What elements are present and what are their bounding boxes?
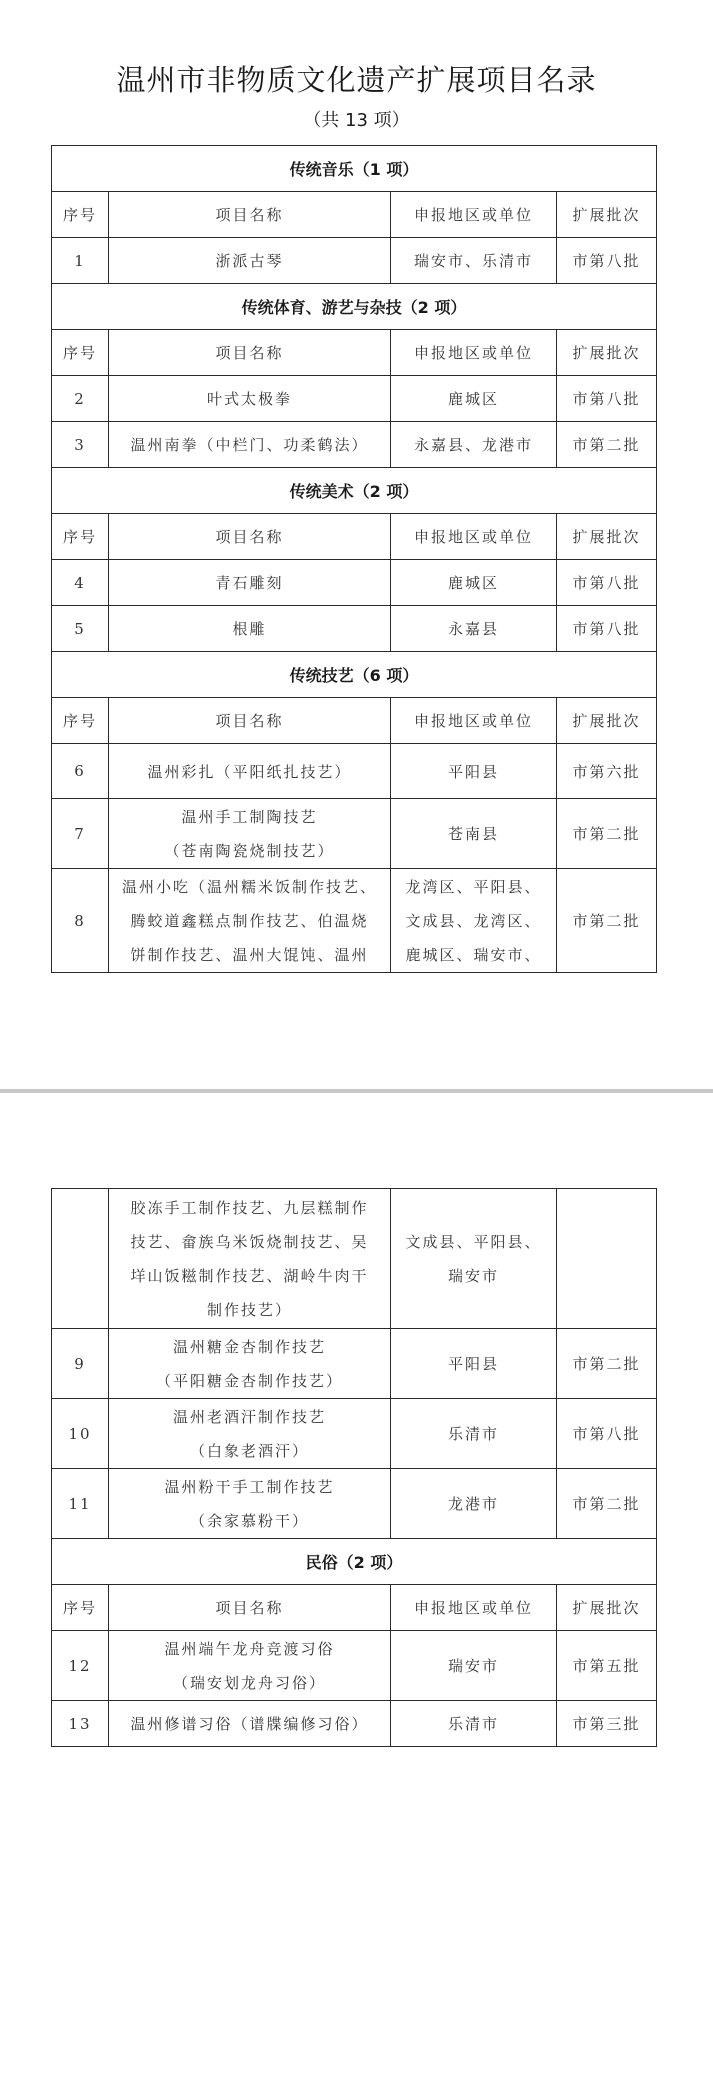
section-title: 传统音乐（1 项） — [52, 146, 657, 192]
row-index: 7 — [52, 799, 109, 869]
column-header-row: 序号 项目名称 申报地区或单位 扩展批次 — [52, 1585, 657, 1631]
column-header-region: 申报地区或单位 — [391, 330, 557, 376]
row-name: 温州修谱习俗（谱牒编修习俗） — [109, 1701, 391, 1747]
column-header-index: 序号 — [52, 698, 109, 744]
column-header-row: 序号 项目名称 申报地区或单位 扩展批次 — [52, 514, 657, 560]
row-name: 浙派古琴 — [109, 238, 391, 284]
row-name-line: 饼制作技艺、温州大馄饨、温州 — [109, 938, 390, 972]
row-region: 乐清市 — [391, 1701, 557, 1747]
document-subtitle: （共 13 项） — [0, 106, 713, 132]
row-index-empty — [52, 1189, 109, 1329]
row-region: 鹿城区 — [391, 560, 557, 606]
row-batch: 市第三批 — [557, 1701, 657, 1747]
row-region: 苍南县 — [391, 799, 557, 869]
column-header-row: 序号 项目名称 申报地区或单位 扩展批次 — [52, 698, 657, 744]
row-batch: 市第八批 — [557, 560, 657, 606]
section-header-craftsmanship: 传统技艺（6 项） — [52, 652, 657, 698]
row-index: 2 — [52, 376, 109, 422]
row-region-line: 鹿城区、瑞安市、 — [391, 938, 556, 972]
table-row: 13 温州修谱习俗（谱牒编修习俗） 乐清市 市第三批 — [52, 1701, 657, 1747]
column-header-index: 序号 — [52, 192, 109, 238]
row-name-line: （平阳糖金杏制作技艺） — [109, 1364, 390, 1398]
row-name-line: 制作技艺） — [109, 1293, 390, 1327]
row-region: 鹿城区 — [391, 376, 557, 422]
row-region: 龙港市 — [391, 1469, 557, 1539]
row-name-line: 垟山饭糍制作技艺、湖岭牛肉干 — [109, 1259, 390, 1293]
row-batch: 市第二批 — [557, 869, 657, 973]
row-name-line: 腾蛟道鑫糕点制作技艺、伯温烧 — [109, 904, 390, 938]
row-batch-empty — [557, 1189, 657, 1329]
row-batch: 市第二批 — [557, 422, 657, 468]
row-name: 青石雕刻 — [109, 560, 391, 606]
row-index: 9 — [52, 1329, 109, 1399]
table-row: 12 温州端午龙舟竞渡习俗 （瑞安划龙舟习俗） 瑞安市 市第五批 — [52, 1631, 657, 1701]
page-separator — [0, 1089, 713, 1093]
row-name: 温州老酒汗制作技艺 （白象老酒汗） — [109, 1399, 391, 1469]
section-title: 传统技艺（6 项） — [52, 652, 657, 698]
column-header-batch: 扩展批次 — [557, 330, 657, 376]
section-title: 传统体育、游艺与杂技（2 项） — [52, 284, 657, 330]
column-header-name: 项目名称 — [109, 192, 391, 238]
row-region: 文成县、平阳县、 瑞安市 — [391, 1189, 557, 1329]
section-title: 民俗（2 项） — [52, 1539, 657, 1585]
row-name-line: （瑞安划龙舟习俗） — [109, 1666, 390, 1700]
row-name: 温州小吃（温州糯米饭制作技艺、 腾蛟道鑫糕点制作技艺、伯温烧 饼制作技艺、温州大… — [109, 869, 391, 973]
table-row: 2 叶式太极拳 鹿城区 市第八批 — [52, 376, 657, 422]
row-region: 永嘉县 — [391, 606, 557, 652]
row-name-line: 胶冻手工制作技艺、九层糕制作 — [109, 1191, 390, 1225]
row-name-line: （苍南陶瓷烧制技艺） — [109, 834, 390, 868]
table-row: 5 根雕 永嘉县 市第八批 — [52, 606, 657, 652]
section-title: 传统美术（2 项） — [52, 468, 657, 514]
row-name-line: 温州老酒汗制作技艺 — [109, 1400, 390, 1434]
row-name-line: 温州端午龙舟竞渡习俗 — [109, 1632, 390, 1666]
table-row-continued: 胶冻手工制作技艺、九层糕制作 技艺、畲族乌米饭烧制技艺、吴 垟山饭糍制作技艺、湖… — [52, 1189, 657, 1329]
row-batch: 市第八批 — [557, 238, 657, 284]
heritage-table-page-2: 胶冻手工制作技艺、九层糕制作 技艺、畲族乌米饭烧制技艺、吴 垟山饭糍制作技艺、湖… — [51, 1188, 657, 1747]
row-index: 13 — [52, 1701, 109, 1747]
table-row: 10 温州老酒汗制作技艺 （白象老酒汗） 乐清市 市第八批 — [52, 1399, 657, 1469]
row-region-line: 瑞安市 — [391, 1259, 556, 1293]
row-batch: 市第二批 — [557, 1329, 657, 1399]
column-header-batch: 扩展批次 — [557, 698, 657, 744]
column-header-index: 序号 — [52, 514, 109, 560]
document-title: 温州市非物质文化遗产扩展项目名录 — [0, 58, 713, 99]
row-index: 1 — [52, 238, 109, 284]
row-index: 5 — [52, 606, 109, 652]
column-header-index: 序号 — [52, 1585, 109, 1631]
section-header-sports: 传统体育、游艺与杂技（2 项） — [52, 284, 657, 330]
row-name: 温州彩扎（平阳纸扎技艺） — [109, 744, 391, 799]
row-index: 6 — [52, 744, 109, 799]
row-name-line: 温州小吃（温州糯米饭制作技艺、 — [109, 870, 390, 904]
row-region-line: 文成县、龙湾区、 — [391, 904, 556, 938]
column-header-region: 申报地区或单位 — [391, 192, 557, 238]
row-name-line: 温州粉干手工制作技艺 — [109, 1470, 390, 1504]
column-header-name: 项目名称 — [109, 514, 391, 560]
row-region: 瑞安市、乐清市 — [391, 238, 557, 284]
column-header-row: 序号 项目名称 申报地区或单位 扩展批次 — [52, 192, 657, 238]
section-header-folk-custom: 民俗（2 项） — [52, 1539, 657, 1585]
row-region-line: 文成县、平阳县、 — [391, 1225, 556, 1259]
row-region: 瑞安市 — [391, 1631, 557, 1701]
column-header-row: 序号 项目名称 申报地区或单位 扩展批次 — [52, 330, 657, 376]
heritage-table-page-1: 传统音乐（1 项） 序号 项目名称 申报地区或单位 扩展批次 1 浙派古琴 瑞安… — [51, 145, 657, 973]
row-name: 胶冻手工制作技艺、九层糕制作 技艺、畲族乌米饭烧制技艺、吴 垟山饭糍制作技艺、湖… — [109, 1189, 391, 1329]
table-row: 3 温州南拳（中栏门、功柔鹤法） 永嘉县、龙港市 市第二批 — [52, 422, 657, 468]
row-index: 8 — [52, 869, 109, 973]
column-header-name: 项目名称 — [109, 698, 391, 744]
table-row: 9 温州糖金杏制作技艺 （平阳糖金杏制作技艺） 平阳县 市第二批 — [52, 1329, 657, 1399]
row-name: 叶式太极拳 — [109, 376, 391, 422]
row-name: 温州手工制陶技艺 （苍南陶瓷烧制技艺） — [109, 799, 391, 869]
row-batch: 市第二批 — [557, 1469, 657, 1539]
row-name: 温州糖金杏制作技艺 （平阳糖金杏制作技艺） — [109, 1329, 391, 1399]
row-batch: 市第六批 — [557, 744, 657, 799]
table-row: 8 温州小吃（温州糯米饭制作技艺、 腾蛟道鑫糕点制作技艺、伯温烧 饼制作技艺、温… — [52, 869, 657, 973]
row-batch: 市第八批 — [557, 606, 657, 652]
row-index: 3 — [52, 422, 109, 468]
table-row: 6 温州彩扎（平阳纸扎技艺） 平阳县 市第六批 — [52, 744, 657, 799]
table-row: 1 浙派古琴 瑞安市、乐清市 市第八批 — [52, 238, 657, 284]
column-header-index: 序号 — [52, 330, 109, 376]
row-name-line: 温州糖金杏制作技艺 — [109, 1330, 390, 1364]
row-name-line: 温州手工制陶技艺 — [109, 800, 390, 834]
row-region: 乐清市 — [391, 1399, 557, 1469]
table-row: 7 温州手工制陶技艺 （苍南陶瓷烧制技艺） 苍南县 市第二批 — [52, 799, 657, 869]
row-name-line: （白象老酒汗） — [109, 1434, 390, 1468]
row-batch: 市第八批 — [557, 1399, 657, 1469]
row-index: 12 — [52, 1631, 109, 1701]
row-name: 温州南拳（中栏门、功柔鹤法） — [109, 422, 391, 468]
column-header-region: 申报地区或单位 — [391, 1585, 557, 1631]
table-row: 4 青石雕刻 鹿城区 市第八批 — [52, 560, 657, 606]
table-row: 11 温州粉干手工制作技艺 （余家慕粉干） 龙港市 市第二批 — [52, 1469, 657, 1539]
row-index: 11 — [52, 1469, 109, 1539]
row-region: 平阳县 — [391, 744, 557, 799]
column-header-name: 项目名称 — [109, 330, 391, 376]
row-name-line: （余家慕粉干） — [109, 1504, 390, 1538]
column-header-region: 申报地区或单位 — [391, 698, 557, 744]
row-name: 根雕 — [109, 606, 391, 652]
row-region: 龙湾区、平阳县、 文成县、龙湾区、 鹿城区、瑞安市、 — [391, 869, 557, 973]
row-index: 10 — [52, 1399, 109, 1469]
row-index: 4 — [52, 560, 109, 606]
section-header-fine-arts: 传统美术（2 项） — [52, 468, 657, 514]
row-name: 温州粉干手工制作技艺 （余家慕粉干） — [109, 1469, 391, 1539]
column-header-batch: 扩展批次 — [557, 1585, 657, 1631]
row-region: 永嘉县、龙港市 — [391, 422, 557, 468]
section-header-music: 传统音乐（1 项） — [52, 146, 657, 192]
row-name: 温州端午龙舟竞渡习俗 （瑞安划龙舟习俗） — [109, 1631, 391, 1701]
column-header-batch: 扩展批次 — [557, 514, 657, 560]
row-batch: 市第八批 — [557, 376, 657, 422]
column-header-region: 申报地区或单位 — [391, 514, 557, 560]
column-header-name: 项目名称 — [109, 1585, 391, 1631]
row-region-line: 龙湾区、平阳县、 — [391, 870, 556, 904]
row-name-line: 技艺、畲族乌米饭烧制技艺、吴 — [109, 1225, 390, 1259]
column-header-batch: 扩展批次 — [557, 192, 657, 238]
row-batch: 市第二批 — [557, 799, 657, 869]
row-region: 平阳县 — [391, 1329, 557, 1399]
row-batch: 市第五批 — [557, 1631, 657, 1701]
